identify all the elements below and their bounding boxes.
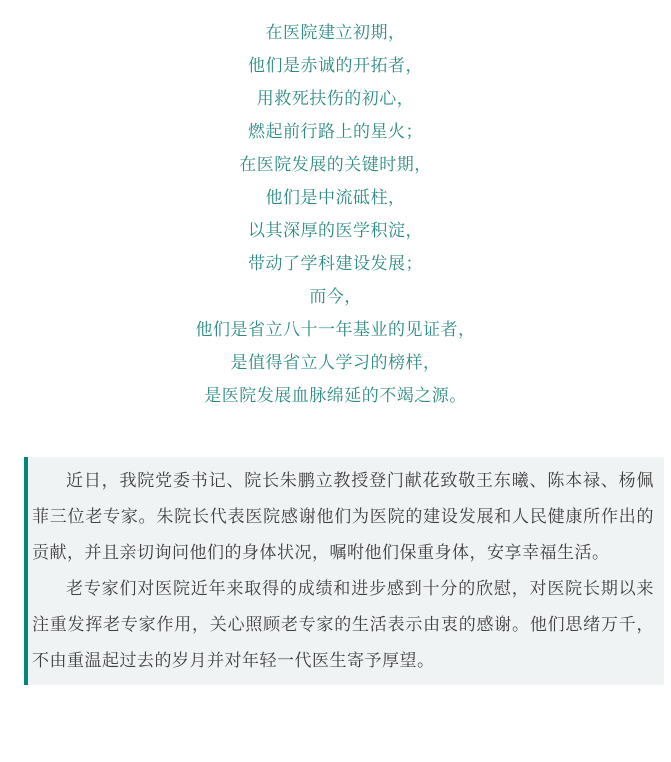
poem-line: 他们是省立八十一年基业的见证者， <box>0 313 671 346</box>
poem-line: 带动了学科建设发展； <box>0 247 671 280</box>
poem-line: 而今， <box>0 280 671 313</box>
poem-line: 在医院建立初期， <box>0 16 671 49</box>
poem-line: 以其深厚的医学积淀， <box>0 214 671 247</box>
article-page: 在医院建立初期， 他们是赤诚的开拓者， 用救死扶伤的初心， 燃起前行路上的星火；… <box>0 0 671 762</box>
article-paragraph: 老专家们对医院近年来取得的成绩和进步感到十分的欣慰，对医院长期以来注重发挥老专家… <box>32 571 654 679</box>
poem-line: 燃起前行路上的星火； <box>0 115 671 148</box>
article-quote-block: 近日，我院党委书记、院长朱鹏立教授登门献花致敬王东曦、陈本禄、杨佩菲三位老专家。… <box>24 457 664 685</box>
article-paragraph: 近日，我院党委书记、院长朱鹏立教授登门献花致敬王东曦、陈本禄、杨佩菲三位老专家。… <box>32 463 654 571</box>
poem-line: 在医院发展的关键时期， <box>0 148 671 181</box>
poem-line: 是值得省立人学习的榜样， <box>0 346 671 379</box>
poem-line: 用救死扶伤的初心， <box>0 82 671 115</box>
poem-line: 他们是中流砥柱， <box>0 181 671 214</box>
poem-section: 在医院建立初期， 他们是赤诚的开拓者， 用救死扶伤的初心， 燃起前行路上的星火；… <box>0 0 671 412</box>
poem-line: 是医院发展血脉绵延的不竭之源。 <box>0 379 671 412</box>
poem-line: 他们是赤诚的开拓者， <box>0 49 671 82</box>
